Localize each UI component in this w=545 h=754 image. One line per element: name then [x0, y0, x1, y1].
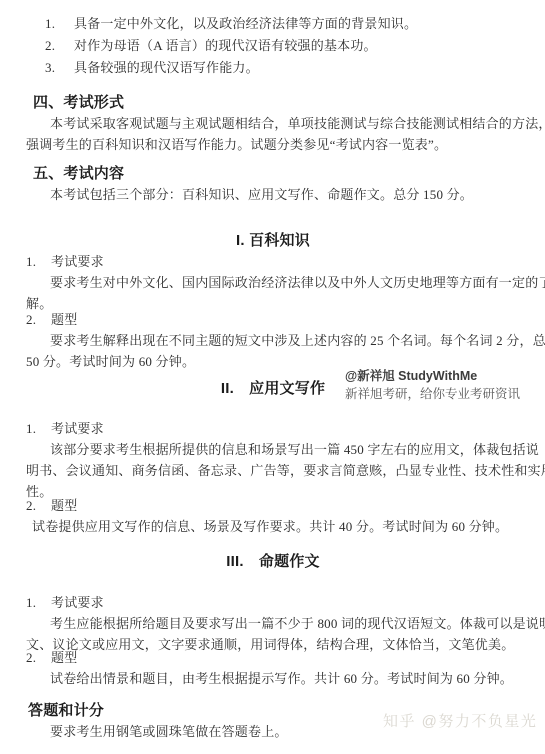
- list-item-text: 考试要求: [51, 251, 104, 272]
- list-item-text: 题型: [51, 647, 77, 668]
- doc-text-line: 明书、会议通知、商务信函、备忘录、广告等，要求言简意赅，凸显专业性、技术性和实用: [26, 460, 520, 481]
- list-marker: 1.: [26, 251, 51, 272]
- doc-list-item: 1.考试要求: [26, 251, 520, 272]
- doc-text-line: 本考试包括三个部分：百科知识、应用文写作、命题作文。总分 150 分。: [50, 184, 520, 205]
- list-marker: 3.: [45, 57, 74, 79]
- doc-list-item: 1.考试要求: [26, 418, 520, 439]
- doc-text-line: 强调考生的百科知识和汉语写作能力。试题分类参见“考试内容一览表”。: [26, 134, 520, 155]
- list-item-text: 对作为母语（A 语言）的现代汉语有较强的基本功。: [74, 35, 377, 57]
- list-marker: 2.: [26, 309, 51, 330]
- doc-text-line: 考生应能根据所给题目及要求写出一篇不少于 800 词的现代汉语短文。体裁可以是说…: [50, 613, 520, 634]
- studywithme-watermark-line2: 新祥旭考研，给你专业考研资讯: [345, 385, 520, 403]
- list-item-text: 具备一定中外文化，以及政治经济法律等方面的背景知识。: [74, 13, 417, 35]
- doc-text-line: 该部分要求考生根据所提供的信息和场景写出一篇 450 字左右的应用文，体裁包括说: [50, 439, 520, 460]
- studywithme-watermark: @新祥旭 StudyWithMe 新祥旭考研，给你专业考研资讯: [345, 367, 520, 403]
- doc-section-heading: 四、考试形式: [33, 92, 520, 113]
- list-item-text: 考试要求: [51, 418, 104, 439]
- doc-list-item: 2.题型: [26, 309, 520, 330]
- doc-text-line: 试卷提供应用文写作的信息、场景及写作要求。共计 40 分。考试时间为 60 分钟…: [32, 516, 520, 537]
- list-marker: 2.: [26, 647, 51, 668]
- doc-list-item: 1.考试要求: [26, 592, 520, 613]
- doc-text-line: 本考试采取客观试题与主观试题相结合，单项技能测试与综合技能测试相结合的方法，: [50, 113, 520, 134]
- doc-list-item: 2.对作为母语（A 语言）的现代汉语有较强的基本功。: [45, 35, 520, 57]
- doc-text-line: 要求考生解释出现在不同主题的短文中涉及上述内容的 25 个名词。每个名词 2 分…: [50, 330, 520, 351]
- doc-text-line: 要求考生对中外文化、国内国际政治经济法律以及中外人文历史地理等方面有一定的了: [50, 272, 520, 293]
- doc-list-item: 2.题型: [26, 495, 520, 516]
- zhihu-watermark: 知乎 @努力不负星光: [383, 711, 537, 733]
- list-marker: 1.: [26, 592, 51, 613]
- doc-center-heading: I. 百科知识: [26, 230, 520, 251]
- doc-section-heading: 五、考试内容: [33, 163, 520, 184]
- doc-list-item: 1.具备一定中外文化，以及政治经济法律等方面的背景知识。: [45, 13, 520, 35]
- studywithme-watermark-line1: @新祥旭 StudyWithMe: [345, 367, 520, 385]
- doc-text-line: 试卷给出情景和题目，由考生根据提示写作。共计 60 分。考试时间为 60 分钟。: [50, 668, 520, 689]
- doc-text-line: 文、议论文或应用文，文字要求通顺，用词得体，结构合理，文体恰当，文笔优美。: [26, 634, 520, 655]
- doc-list-item: 3.具备较强的现代汉语写作能力。: [45, 57, 520, 79]
- list-marker: 1.: [45, 13, 74, 35]
- list-item-text: 具备较强的现代汉语写作能力。: [74, 57, 259, 79]
- list-marker: 2.: [26, 495, 51, 516]
- list-item-text: 题型: [51, 495, 77, 516]
- list-item-text: 考试要求: [51, 592, 104, 613]
- list-marker: 2.: [45, 35, 74, 57]
- list-marker: 1.: [26, 418, 51, 439]
- list-item-text: 题型: [51, 309, 77, 330]
- doc-center-heading: III. 命题作文: [26, 551, 520, 572]
